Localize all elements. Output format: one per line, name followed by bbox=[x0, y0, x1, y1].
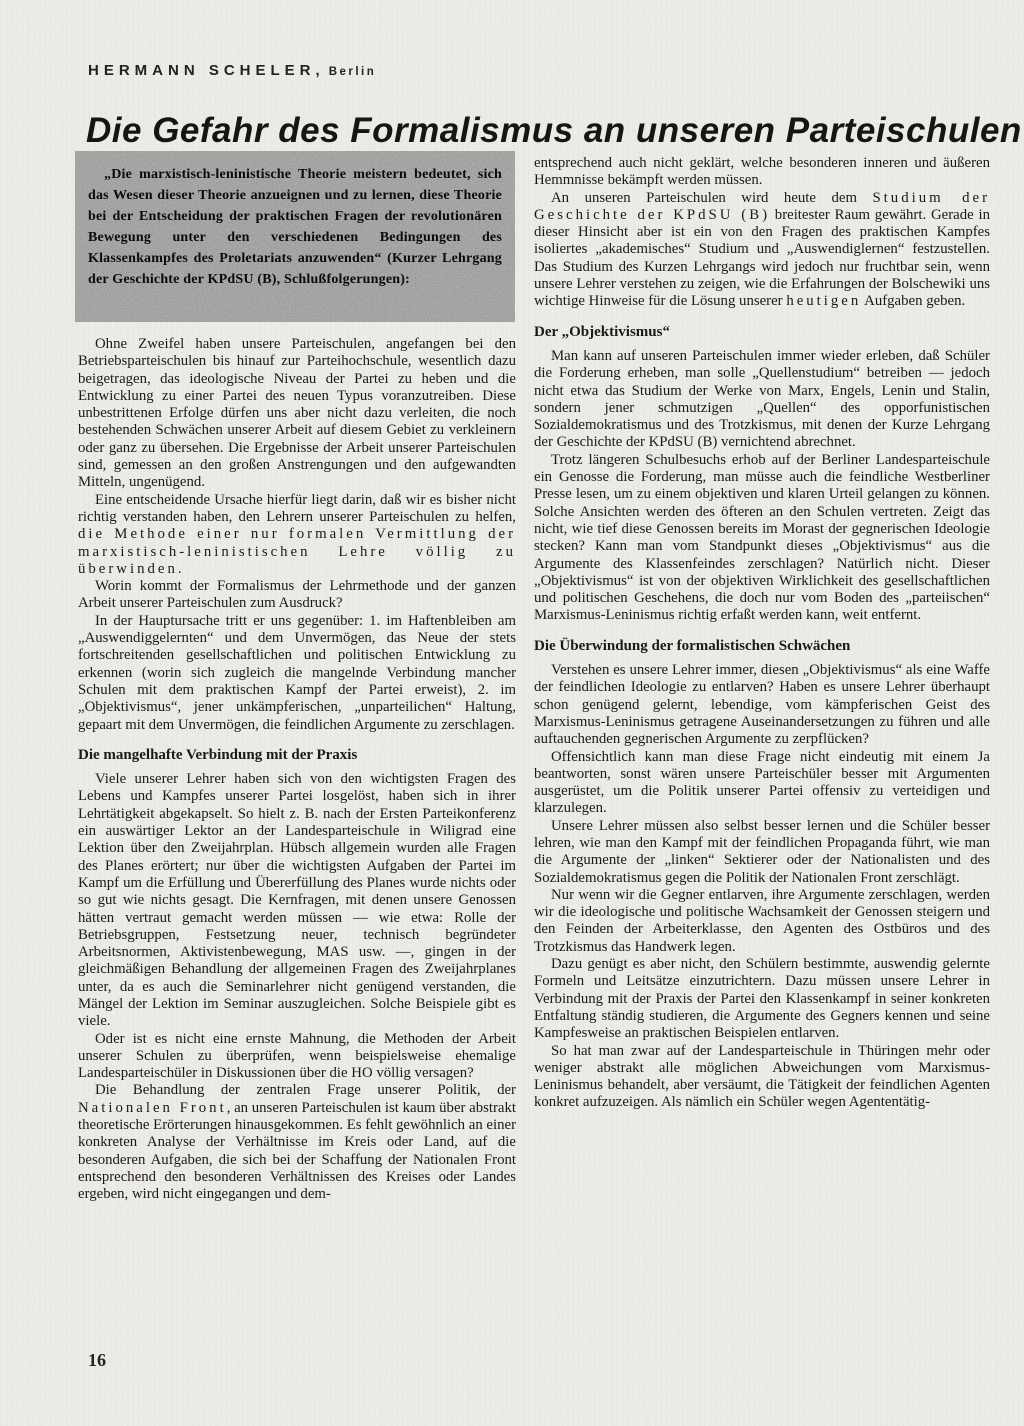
paragraph: entsprechend auch nicht geklärt, welche … bbox=[534, 155, 990, 190]
scanned-document-page: HERMANN SCHELER,Berlin Die Gefahr des Fo… bbox=[0, 0, 1024, 1426]
paragraph: In der Hauptursache tritt er uns gegenüb… bbox=[78, 613, 516, 734]
quote-box: „Die marxistisch-leninistische Theorie m… bbox=[75, 151, 515, 322]
body-text: Eine entscheidende Ursache hierfür liegt… bbox=[78, 492, 516, 525]
paragraph: Viele unserer Lehrer haben sich von den … bbox=[78, 771, 516, 1030]
paragraph: Offensichtlich kann man diese Frage nich… bbox=[534, 749, 990, 818]
paragraph: Nur wenn wir die Gegner entlarven, ihre … bbox=[534, 887, 990, 956]
body-text: entsprechend auch nicht geklärt, welche … bbox=[534, 155, 990, 188]
subheading: Die Überwindung der formalistischen Schw… bbox=[534, 638, 990, 655]
paragraph: Oder ist es nicht eine ernste Mahnung, d… bbox=[78, 1031, 516, 1083]
body-text: Man kann auf unseren Parteischulen immer… bbox=[534, 348, 990, 450]
paragraph: Ohne Zweifel haben unsere Parteischulen,… bbox=[78, 336, 516, 492]
paragraph: Man kann auf unseren Parteischulen immer… bbox=[534, 348, 990, 452]
paragraph: Worin kommt der Formalismus der Lehrmeth… bbox=[78, 578, 516, 613]
emphasized-spaced-text: die Methode einer nur formalen Vermittlu… bbox=[78, 526, 516, 577]
body-text: Ohne Zweifel haben unsere Parteischulen,… bbox=[78, 336, 516, 490]
body-text: Worin kommt der Formalismus der Lehrmeth… bbox=[78, 578, 516, 611]
paragraph: Trotz längeren Schulbesuchs erhob auf de… bbox=[534, 452, 990, 625]
body-text: Dazu genügt es aber nicht, den Schülern … bbox=[534, 956, 990, 1041]
body-text: An unseren Parteischulen wird heute dem bbox=[551, 190, 872, 206]
right-column: entsprechend auch nicht geklärt, welche … bbox=[534, 155, 990, 1112]
body-text: In der Hauptursache tritt er uns gegenüb… bbox=[78, 613, 516, 733]
body-text: Die Behandlung der zentralen Frage unser… bbox=[95, 1082, 516, 1098]
paragraph: Eine entscheidende Ursache hierfür liegt… bbox=[78, 492, 516, 578]
emphasized-spaced-text: Nationalen Front bbox=[78, 1100, 227, 1116]
body-text: Oder ist es nicht eine ernste Mahnung, d… bbox=[78, 1031, 516, 1082]
body-text: So hat man zwar auf der Landesparteischu… bbox=[534, 1043, 990, 1111]
subheading: Der „Objektivismus“ bbox=[534, 324, 990, 341]
paragraph: Verstehen es unsere Lehrer immer, diesen… bbox=[534, 662, 990, 748]
author-name: HERMANN SCHELER, bbox=[88, 62, 325, 79]
page-number: 16 bbox=[88, 1350, 106, 1371]
article-title: Die Gefahr des Formalismus an unseren Pa… bbox=[86, 111, 996, 151]
body-text: Trotz längeren Schulbesuchs erhob auf de… bbox=[534, 452, 990, 624]
body-text: Unsere Lehrer müssen also selbst besser … bbox=[534, 818, 990, 886]
body-text: Offensichtlich kann man diese Frage nich… bbox=[534, 749, 990, 817]
body-text: Nur wenn wir die Gegner entlarven, ihre … bbox=[534, 887, 990, 955]
body-text: Verstehen es unsere Lehrer immer, diesen… bbox=[534, 662, 990, 747]
left-column: Ohne Zweifel haben unsere Parteischulen,… bbox=[78, 336, 516, 1204]
paragraph: Die Behandlung der zentralen Frage unser… bbox=[78, 1082, 516, 1203]
body-text: Aufgaben geben. bbox=[861, 293, 965, 309]
emphasized-spaced-text: heutigen bbox=[786, 293, 861, 309]
author-city: Berlin bbox=[329, 66, 377, 78]
author-line: HERMANN SCHELER,Berlin bbox=[88, 62, 376, 79]
subheading: Die mangelhafte Verbindung mit der Praxi… bbox=[78, 747, 516, 764]
body-text: Viele unserer Lehrer haben sich von den … bbox=[78, 771, 516, 1029]
paragraph: An unseren Parteischulen wird heute dem … bbox=[534, 190, 990, 311]
paragraph: Dazu genügt es aber nicht, den Schülern … bbox=[534, 956, 990, 1042]
quote-text: „Die marxistisch-leninistische Theorie m… bbox=[75, 151, 515, 290]
paragraph: So hat man zwar auf der Landesparteischu… bbox=[534, 1043, 990, 1112]
paragraph: Unsere Lehrer müssen also selbst besser … bbox=[534, 818, 990, 887]
